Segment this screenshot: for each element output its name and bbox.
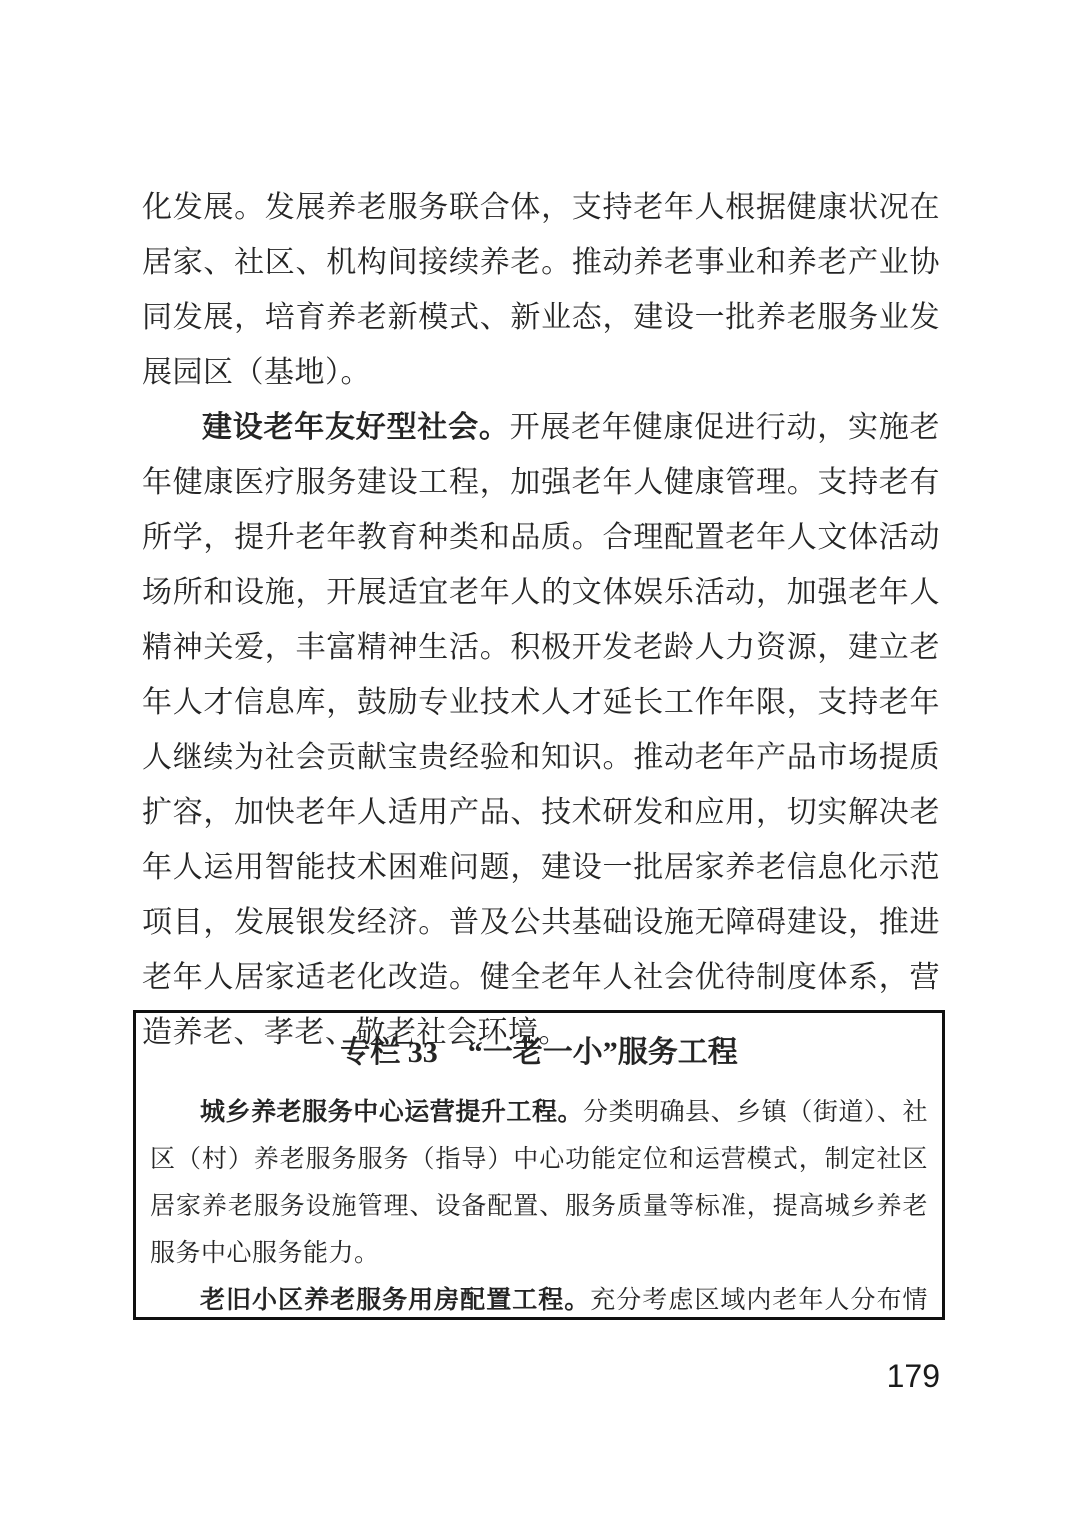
feature-box-paragraph: 老旧小区养老服务用房配置工程。充分考虑区域内老年人分布情况， [150,1277,928,1320]
body-paragraph: 建设老年友好型社会。开展老年健康促进行动，实施老年健康医疗服务建设工程，加强老年… [142,400,940,1060]
paragraph-lead-bold: 城乡养老服务中心运营提升工程。 [200,1099,583,1126]
feature-box-zhuanlan-33: 专栏 33 “一老一小”服务工程 城乡养老服务中心运营提升工程。分类明确县、乡镇… [133,1010,945,1320]
document-page: 化发展。发展养老服务联合体，支持老年人根据健康状况在居家、社区、机构间接续养老。… [0,0,1080,1527]
feature-box-paragraph: 城乡养老服务中心运营提升工程。分类明确县、乡镇（街道）、社区（村）养老服务服务（… [150,1089,928,1277]
body-text-block: 化发展。发展养老服务联合体，支持老年人根据健康状况在居家、社区、机构间接续养老。… [142,180,940,1060]
paragraph-text: 化发展。发展养老服务联合体，支持老年人根据健康状况在居家、社区、机构间接续养老。… [142,191,940,389]
body-paragraph: 化发展。发展养老服务联合体，支持老年人根据健康状况在居家、社区、机构间接续养老。… [142,180,940,400]
feature-box-title: 专栏 33 “一老一小”服务工程 [150,1035,928,1071]
paragraph-text: 开展老年健康促进行动，实施老年健康医疗服务建设工程，加强老年人健康管理。支持老有… [142,411,940,1049]
page-number: 179 [142,1358,940,1395]
paragraph-lead-bold: 老旧小区养老服务用房配置工程。 [200,1287,590,1314]
paragraph-lead-bold: 建设老年友好型社会。 [202,411,510,444]
